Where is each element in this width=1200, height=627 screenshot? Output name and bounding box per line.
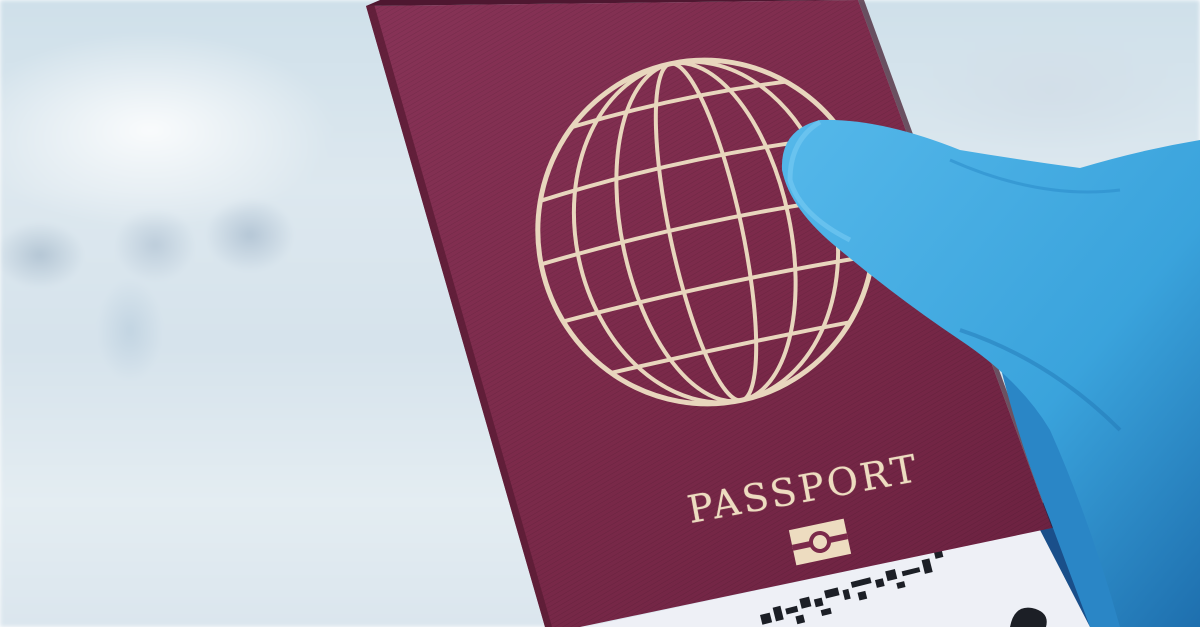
passport-illustration	[0, 0, 1200, 627]
photo-scene: PASSPORT	[0, 0, 1200, 627]
